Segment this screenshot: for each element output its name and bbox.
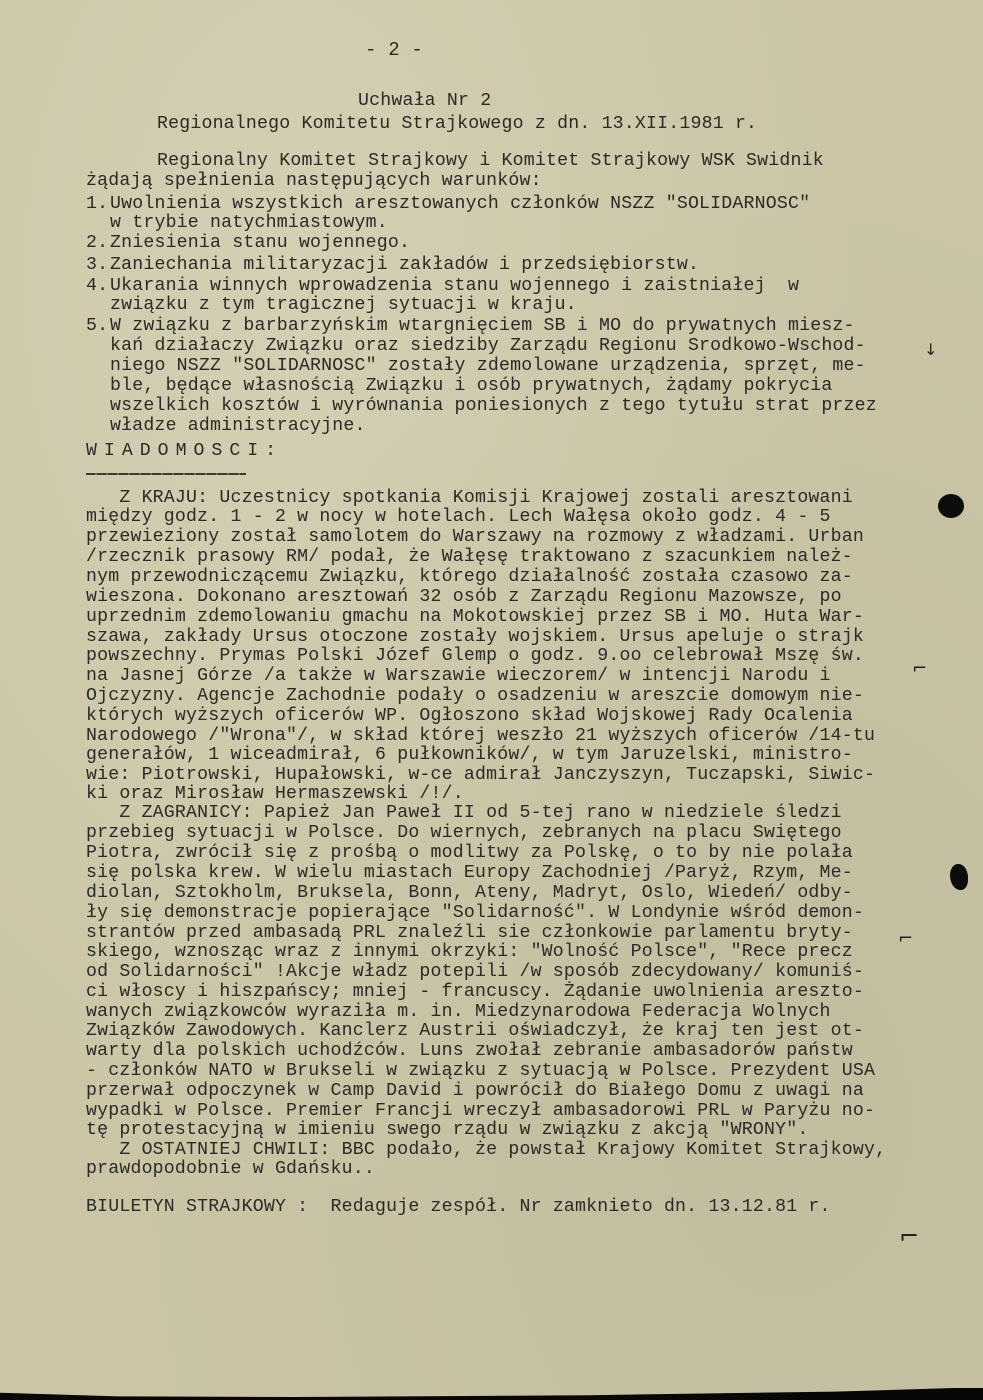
news-line: Piotra, zwrócił się z prośbą o modlitwy …	[86, 843, 853, 863]
news-line: strantów przed ambasadą PRL znaleźli sie…	[86, 923, 853, 943]
news-line: Z KRAJU: Uczestnicy spotkania Komisji Kr…	[86, 488, 853, 508]
demand-text: W związku z barbarzyńskim wtargnięciem S…	[110, 316, 855, 336]
ink-blot	[950, 864, 968, 890]
demand-number: 2.	[86, 233, 108, 253]
pencil-mark: ⌐	[899, 1222, 919, 1250]
news-line: uprzednim zdemolowaniu gmachu na Mokotow…	[86, 607, 864, 627]
demand-text: władze administracyjne.	[110, 416, 366, 436]
demand-number: 5.	[86, 316, 108, 336]
demand-text: niego NSZZ "SOLIDARNOSC" zostały zdemolo…	[110, 356, 866, 376]
news-line: - członków NATO w Brukseli w związku z s…	[86, 1061, 875, 1081]
news-line: /rzecznik prasowy RM/ podał, że Wałęsę t…	[86, 547, 853, 567]
heading-underline	[86, 473, 246, 475]
demand-text: Zaniechania militaryzacji zakładów i prz…	[110, 255, 699, 275]
pencil-mark: ⌐	[898, 928, 913, 949]
demand-number: 4.	[86, 276, 108, 296]
news-line: nym przewodniczącemu Związku, którego dz…	[86, 567, 853, 587]
news-line: przewieziony został samolotem do Warszaw…	[86, 527, 864, 547]
ink-blot	[938, 494, 964, 518]
news-line: skiego, wznosząc wraz z innymi okrzyki: …	[86, 942, 853, 962]
news-line: wieszona. Dokonano aresztowań 32 osób z …	[86, 587, 842, 607]
news-line: tę protestacyjną w imieniu swego rządu w…	[86, 1120, 808, 1140]
news-line: ły się demonstracje popierające "Solidar…	[86, 903, 864, 923]
news-line: od Solidarności" !Akcje władz potepili /…	[86, 962, 864, 982]
demand-text: ble, będące własnością Związku i osób pr…	[110, 376, 832, 396]
scan-edge	[0, 1388, 983, 1400]
demand-number: 3.	[86, 255, 108, 275]
news-line: wypadki w Polsce. Premier Francji wreczy…	[86, 1101, 875, 1121]
news-line: wanych związkowców wyraziła m. in. Miedz…	[86, 1002, 831, 1022]
news-line: ci włoscy i hiszpańscy; mniej - francusc…	[86, 982, 864, 1002]
resolution-subtitle: Regionalnego Komitetu Strajkowego z dn. …	[157, 114, 757, 134]
news-heading: WIADOMOSCI:	[86, 441, 283, 461]
resolution-title: Uchwała Nr 2	[358, 91, 491, 111]
news-line: między godz. 1 - 2 w nocy w hotelach. Le…	[86, 507, 831, 527]
demand-number: 1.	[86, 194, 108, 214]
news-line: ki oraz Mirosław Hermaszewski /!/.	[86, 784, 464, 804]
demand-text: Uwolnienia wszystkich aresztowanych czło…	[110, 194, 810, 214]
news-line: warty dla polskich uchodźców. Luns zwoła…	[86, 1041, 853, 1061]
news-line: Związków Zawodowych. Kanclerz Austrii oś…	[86, 1021, 864, 1041]
news-line: przebieg sytuacji w Polsce. Do wiernych,…	[86, 823, 842, 843]
demand-text: Ukarania winnych wprowadzenia stanu woje…	[110, 276, 799, 296]
demand-text: wszelkich kosztów i wyrównania poniesion…	[110, 396, 877, 416]
news-line: przerwał odpoczynek w Camp David i powró…	[86, 1081, 864, 1101]
pencil-mark-arrow: ↓	[924, 340, 937, 359]
page-number: - 2 -	[365, 40, 423, 60]
news-line: generałów, 1 wiceadmirał, 6 pułkowników/…	[86, 745, 853, 765]
demand-text: w trybie natychmiastowym.	[110, 213, 388, 233]
intro-line-2: żądają spełnienia następujących warunków…	[86, 171, 542, 191]
news-line: się polska krew. W wielu miastach Europy…	[86, 863, 853, 883]
news-line: Ojczyzny. Agencje Zachodnie podały o osa…	[86, 686, 864, 706]
news-line: Narodowego /"Wrona"/, w skład której wes…	[86, 726, 875, 746]
news-line: Z OSTATNIEJ CHWILI: BBC podało, że powst…	[86, 1140, 886, 1160]
intro-line-1: Regionalny Komitet Strajkowy i Komitet S…	[157, 151, 824, 171]
news-line: szawa, zakłady Ursus otoczone zostały wo…	[86, 627, 864, 647]
news-line: na Jasnej Górze /a także w Warszawie wie…	[86, 666, 831, 686]
document-page: - 2 - Uchwała Nr 2 Regionalnego Komitetu…	[0, 0, 983, 1400]
news-line: prawdopodobnie w Gdańsku..	[86, 1159, 375, 1179]
news-line: których wyższych oficerów WP. Ogłoszono …	[86, 706, 853, 726]
news-line: diolan, Sztokholm, Bruksela, Bonn, Ateny…	[86, 883, 853, 903]
demand-text: kań działaczy Związku oraz siedziby Zarz…	[110, 336, 866, 356]
footer-line: BIULETYN STRAJKOWY : Redaguje zespół. Nr…	[86, 1197, 831, 1217]
news-line: Z ZAGRANICY: Papież Jan Paweł II od 5-te…	[86, 803, 842, 823]
news-line: powszechny. Prymas Polski Józef Glemp o …	[86, 646, 864, 666]
demand-text: Zniesienia stanu wojennego.	[110, 233, 410, 253]
pencil-mark: ⌐	[912, 658, 927, 679]
demand-text: związku z tym tragicznej sytuacji w kraj…	[110, 295, 577, 315]
news-line: wie: Piotrowski, Hupałowski, w-ce admira…	[86, 765, 875, 785]
